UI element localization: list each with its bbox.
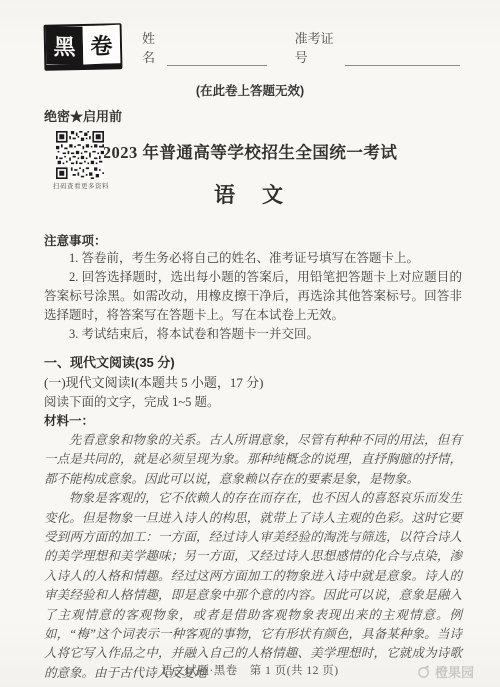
- candidate-fields: 姓名 准考证号: [142, 28, 460, 66]
- exam-paper-page: 黑 卷 姓名 准考证号 (在此卷上答题无效) 绝密★启用前 扫码查看更多资料: [0, 0, 500, 687]
- qr-code-icon: [56, 131, 104, 179]
- note-item-3: 3. 考试结束后，将本试卷和答题卡一并交回。: [44, 325, 462, 344]
- section-subheading: (一)现代文阅读Ⅰ(本题共 5 小题，17 分): [44, 373, 462, 393]
- watermark-logo-icon: [417, 664, 432, 679]
- reading-instruction: 阅读下面的文字，完成 1~5 题。: [44, 393, 462, 412]
- name-label: 姓名: [142, 28, 167, 66]
- masthead: 扫码查看更多资料 2023 年普通高等学校招生全国统一考试 语 文: [0, 127, 500, 221]
- ticket-label: 准考证号: [295, 28, 346, 66]
- publisher-logo: 黑 卷: [44, 23, 123, 71]
- material-paragraph-2: 物象是客观的，它不依赖人的存在而存在，也不因人的喜怒哀乐而发生变化。但是物象一旦…: [44, 489, 462, 683]
- section-heading: 一、现代文阅读(35 分): [44, 352, 462, 371]
- invalid-notice: (在此卷上答题无效): [0, 81, 500, 99]
- secrecy-label: 绝密★启用前: [0, 106, 500, 125]
- logo-right-char: 卷: [83, 25, 121, 65]
- ticket-field: 准考证号: [295, 28, 460, 66]
- ticket-underline: [345, 51, 460, 66]
- paper-body: 注意事项： 1. 答卷前，考生务必将自己的姓名、准考证号填写在答题卡上。 2. …: [0, 231, 500, 683]
- note-item-2: 2. 回答选择题时，选出每小题的答案后，用铅笔把答题卡上对应题目的答案标号涂黑。…: [44, 268, 462, 325]
- logo-left-char: 黑: [46, 26, 84, 65]
- header-row: 黑 卷 姓名 准考证号: [0, 0, 500, 70]
- name-underline: [167, 51, 266, 66]
- note-item-1: 1. 答卷前，考生务必将自己的姓名、准考证号填写在答题卡上。: [44, 249, 462, 268]
- qr-caption: 扫码查看更多资料: [42, 181, 120, 190]
- watermark: 橙果园: [417, 662, 474, 681]
- material-paragraph-1: 先看意象和物象的关系。古人所谓意象，尽管有种种不同的用法，但有一点是共同的，就是…: [44, 431, 462, 489]
- notes-heading: 注意事项：: [44, 231, 462, 249]
- watermark-text: 橙果园: [435, 662, 474, 681]
- name-field: 姓名: [142, 28, 267, 66]
- material-label: 材料一：: [44, 412, 462, 431]
